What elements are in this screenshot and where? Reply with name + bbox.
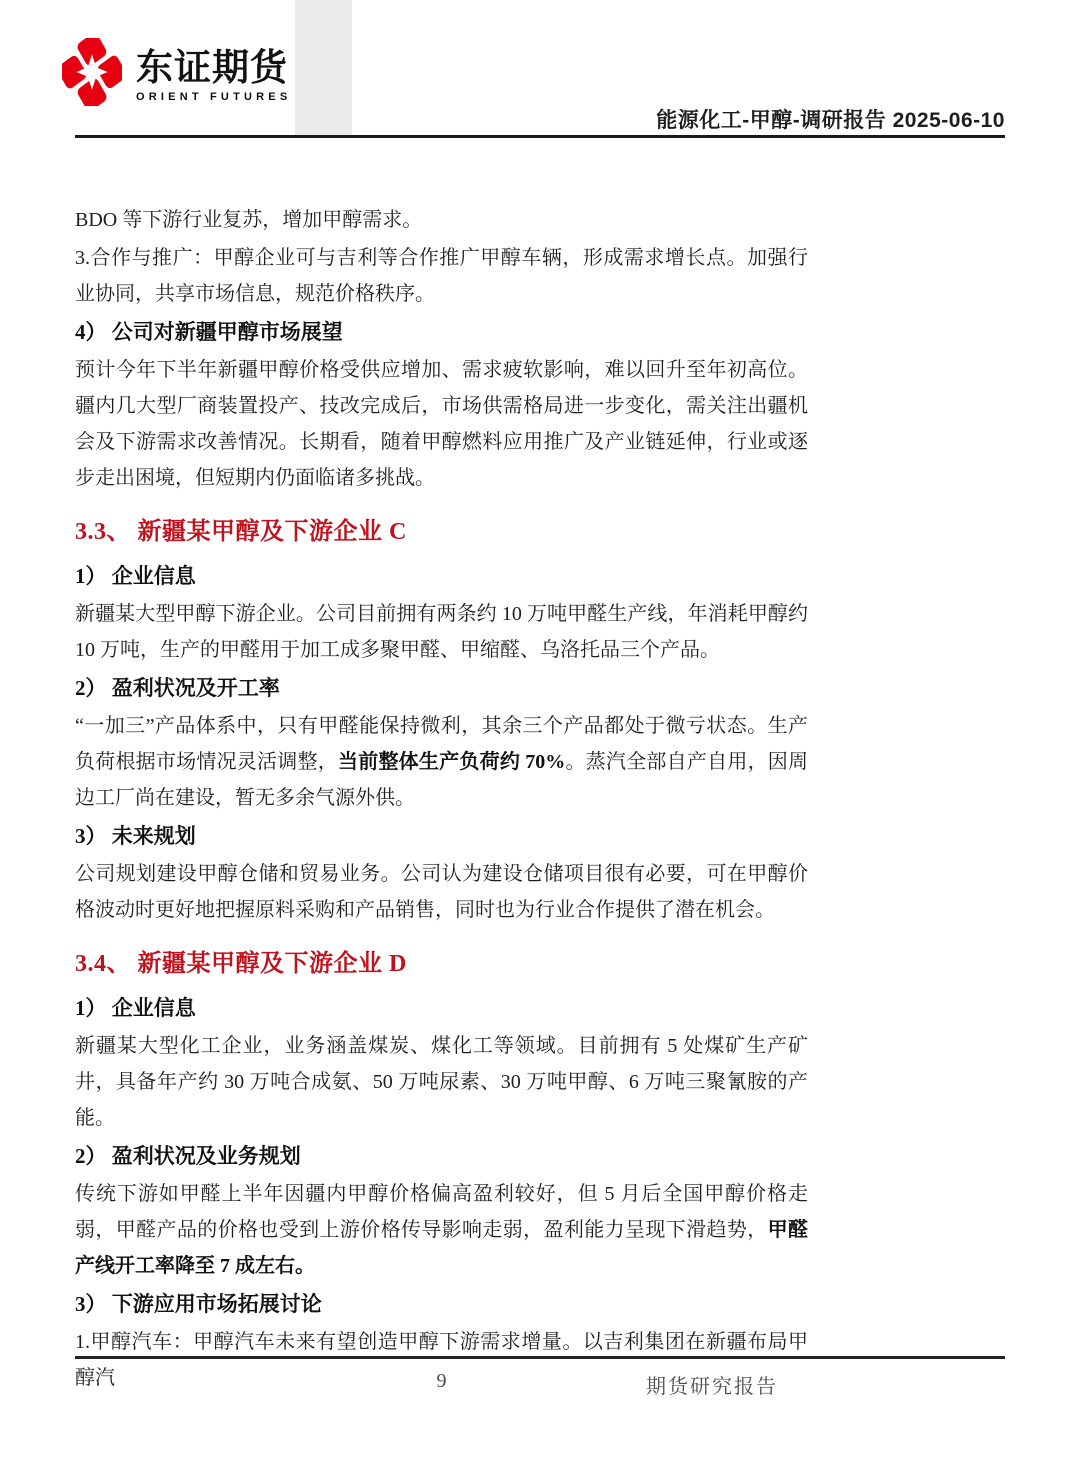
text-run: 公司规划建设甲醇仓储和贸易业务。公司认为建设仓储项目很有必要，可在甲醇价格波动时… xyxy=(75,863,808,921)
logo-text: 东证期货 ORIENT FUTURES xyxy=(136,38,291,103)
paragraph: 3.合作与推广：甲醇企业可与吉利等合作推广甲醇车辆，形成需求增长点。加强行业协同… xyxy=(75,240,808,312)
orient-futures-logo: 东证期货 ORIENT FUTURES xyxy=(62,38,291,106)
paragraph: 新疆某大型甲醇下游企业。公司目前拥有两条约 10 万吨甲醛生产线，年消耗甲醇约 … xyxy=(75,596,808,668)
text-run: 新疆某大型甲醇下游企业。公司目前拥有两条约 10 万吨甲醛生产线，年消耗甲醇约 … xyxy=(75,603,808,661)
sub-heading: 2） 盈利状况及开工率 xyxy=(75,670,808,706)
footer-rule xyxy=(75,1356,1005,1359)
text-run: 3） 未来规划 xyxy=(75,824,196,848)
paragraph: 新疆某大型化工企业，业务涵盖煤炭、煤化工等领域。目前拥有 5 处煤矿生产矿井，具… xyxy=(75,1028,808,1136)
text-run: 3.合作与推广：甲醇企业可与吉利等合作推广甲醇车辆，形成需求增长点。加强行业协同… xyxy=(75,247,808,305)
sub-heading: 3） 未来规划 xyxy=(75,818,808,854)
text-run: 预计今年下半年新疆甲醇价格受供应增加、需求疲软影响，难以回升至年初高位。疆内几大… xyxy=(75,359,808,489)
text-run: 3.4、 新疆某甲醇及下游企业 D xyxy=(75,951,407,977)
text-run: 当前整体生产负荷约 70% xyxy=(338,751,565,773)
header-rule xyxy=(75,135,1005,138)
section-heading: 3.3、 新疆某甲醇及下游企业 C xyxy=(75,510,808,554)
logo-en-name: ORIENT FUTURES xyxy=(136,91,291,103)
sub-heading: 3） 下游应用市场拓展讨论 xyxy=(75,1286,808,1322)
paragraph: 预计今年下半年新疆甲醇价格受供应增加、需求疲软影响，难以回升至年初高位。疆内几大… xyxy=(75,352,808,496)
text-run: 1） 企业信息 xyxy=(75,996,196,1020)
text-run: 2） 盈利状况及业务规划 xyxy=(75,1144,301,1168)
sub-heading: 1） 企业信息 xyxy=(75,558,808,594)
report-body: BDO 等下游行业复苏，增加甲醇需求。3.合作与推广：甲醇企业可与吉利等合作推广… xyxy=(75,202,808,1398)
paragraph: “一加三”产品体系中，只有甲醛能保持微利，其余三个产品都处于微亏状态。生产负荷根… xyxy=(75,708,808,816)
paragraph: 传统下游如甲醛上半年因疆内甲醇价格偏高盈利较好，但 5 月后全国甲醇价格走弱，甲… xyxy=(75,1176,808,1284)
text-run: 传统下游如甲醛上半年因疆内甲醇价格偏高盈利较好，但 5 月后全国甲醇价格走弱，甲… xyxy=(75,1183,808,1241)
text-run: BDO 等下游行业复苏，增加甲醇需求。 xyxy=(75,209,422,231)
section-heading: 3.4、 新疆某甲醇及下游企业 D xyxy=(75,942,808,986)
paragraph: 公司规划建设甲醇仓储和贸易业务。公司认为建设仓储项目很有必要，可在甲醇价格波动时… xyxy=(75,856,808,928)
logo-cn-name: 东证期货 xyxy=(136,48,291,88)
gray-strip-artifact xyxy=(295,0,352,136)
report-header-title: 能源化工-甲醇-调研报告 2025-06-10 xyxy=(656,104,1005,134)
sub-heading: 4） 公司对新疆甲醇市场展望 xyxy=(75,314,808,350)
text-run: 新疆某大型化工企业，业务涵盖煤炭、煤化工等领域。目前拥有 5 处煤矿生产矿井，具… xyxy=(75,1035,808,1129)
sub-heading: 2） 盈利状况及业务规划 xyxy=(75,1138,808,1174)
paragraph: BDO 等下游行业复苏，增加甲醇需求。 xyxy=(75,202,808,238)
logo-pinwheel-icon xyxy=(62,38,122,106)
text-run: 3.3、 新疆某甲醇及下游企业 C xyxy=(75,519,407,545)
sub-heading: 1） 企业信息 xyxy=(75,990,808,1026)
report-page: 东证期货 ORIENT FUTURES 能源化工-甲醇-调研报告 2025-06… xyxy=(0,0,1080,1466)
footer-series-label: 期货研究报告 xyxy=(646,1370,778,1399)
text-run: 3） 下游应用市场拓展讨论 xyxy=(75,1292,322,1316)
text-run: 4） 公司对新疆甲醇市场展望 xyxy=(75,320,343,344)
text-run: 2） 盈利状况及开工率 xyxy=(75,676,280,700)
text-run: 1） 企业信息 xyxy=(75,564,196,588)
